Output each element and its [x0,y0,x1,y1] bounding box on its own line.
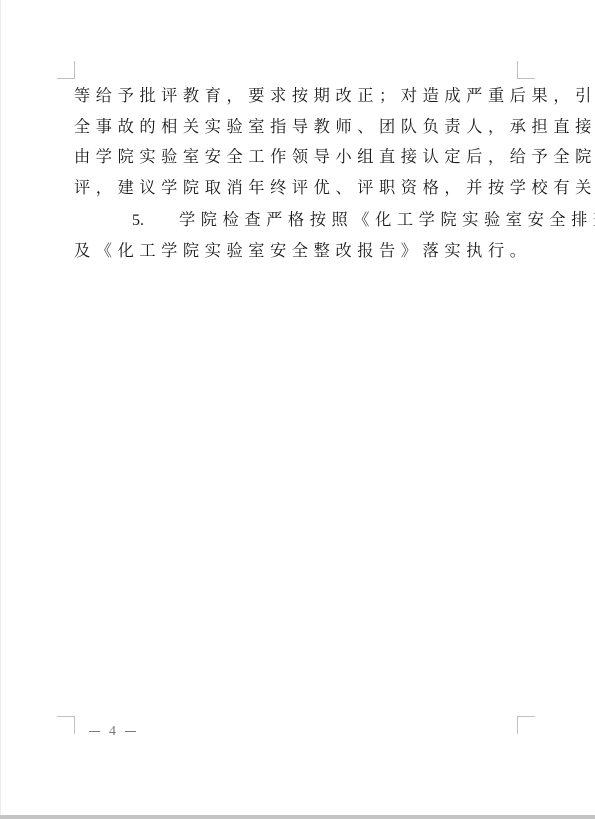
margin-corner-top-left [57,61,75,79]
margin-corner-bottom-left [57,716,75,734]
page-gap-bar [0,815,595,819]
page-number-dash-right [125,731,136,732]
list-item-5: 5.学院检查严格按照《化工学院实验室安全排查记录表》 [74,205,519,236]
margin-corner-top-right [517,61,535,79]
text-line: 评，建议学院取消年终评优、评职资格，并按学校有关规定处理。 [74,173,519,204]
list-item-number: 5. [132,206,179,237]
document-page: 等给予批评教育，要求按期改正；对造成严重后果，引起重大安 全事故的相关实验室指导… [1,0,595,815]
page-number-dash-left [89,731,100,732]
document-viewport: 等给予批评教育，要求按期改正；对造成严重后果，引起重大安 全事故的相关实验室指导… [0,0,595,819]
page-number: 4 [109,724,116,740]
text-line: 全事故的相关实验室指导教师、团队负责人，承担直接责任，并 [74,112,519,143]
text-line: 由学院实验室安全工作领导小组直接认定后，给予全院通报批 [74,142,519,173]
text-line: 等给予批评教育，要求按期改正；对造成严重后果，引起重大安 [74,81,519,112]
text-line: 及《化工学院实验室安全整改报告》落实执行。 [74,236,519,267]
list-item-text: 学院检查严格按照《化工学院实验室安全排查记录表》 [179,210,595,229]
page-number-footer: 4 [89,724,136,740]
document-body: 等给予批评教育，要求按期改正；对造成严重后果，引起重大安 全事故的相关实验室指导… [74,81,519,266]
margin-corner-bottom-right [517,716,535,734]
